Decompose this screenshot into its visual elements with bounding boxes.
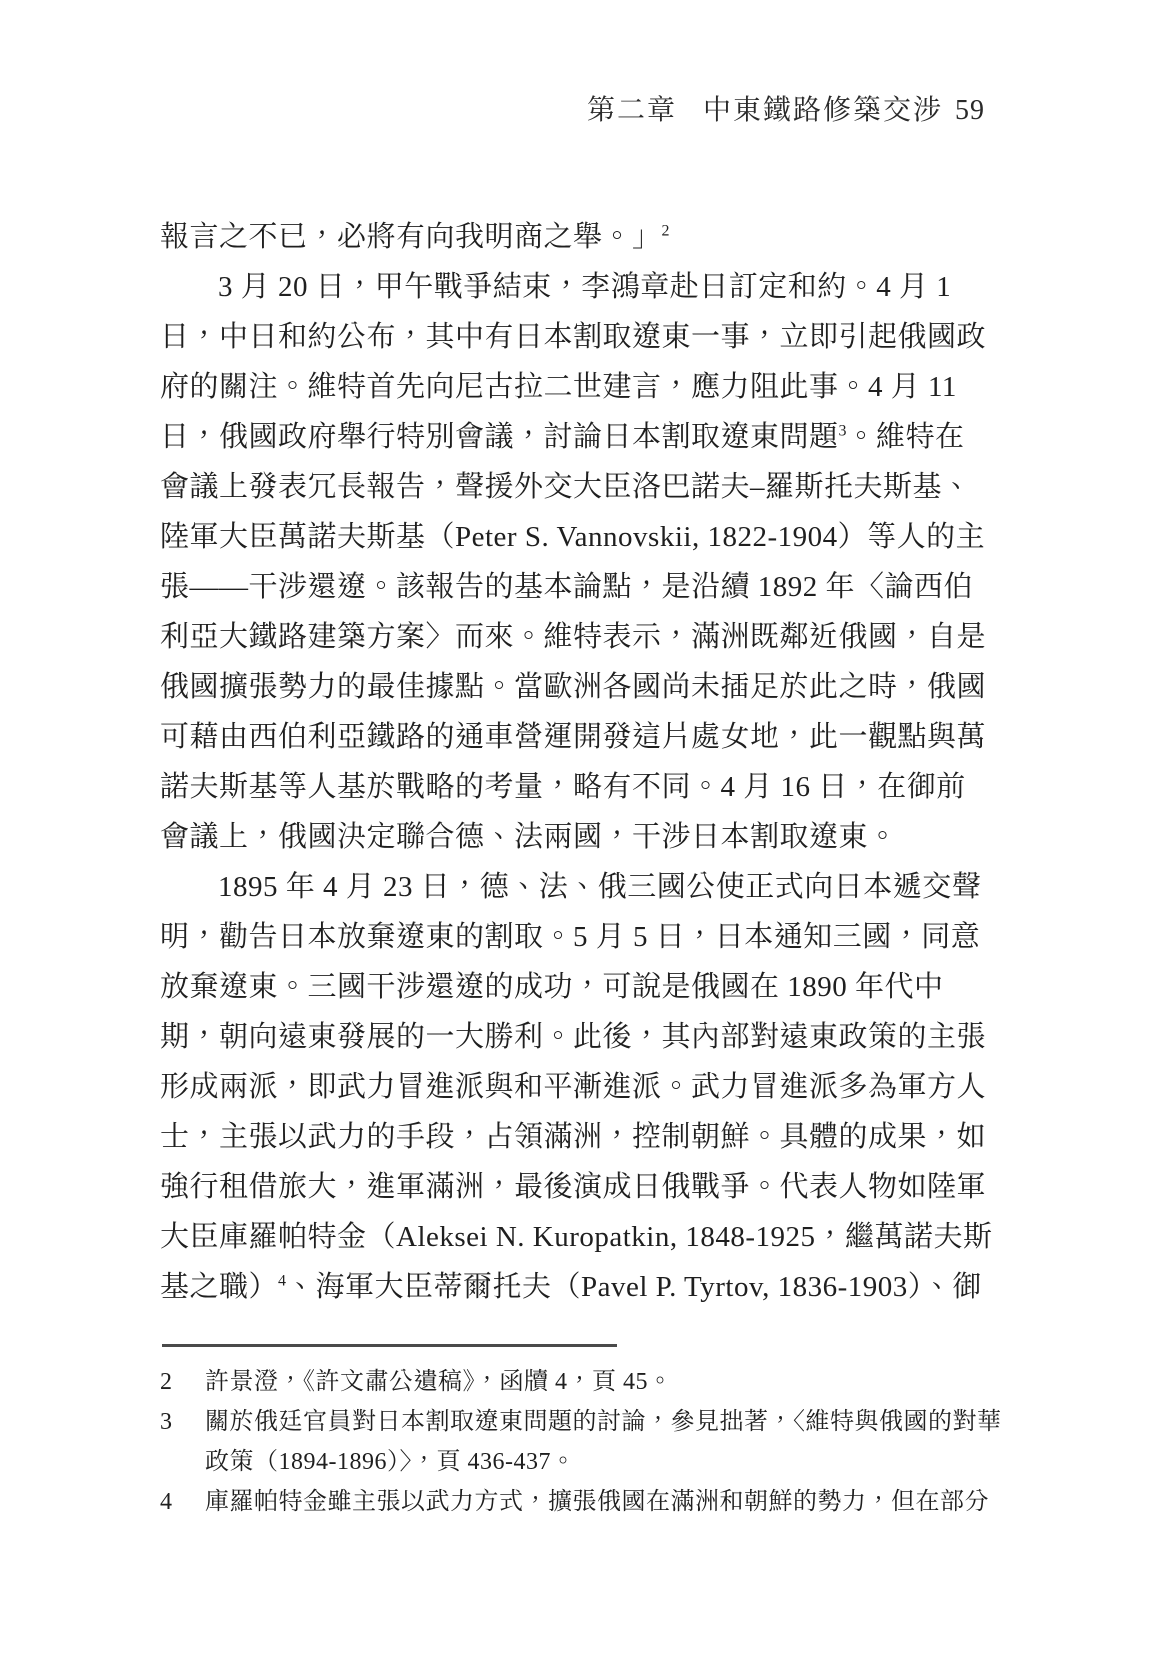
body-line: 強行租借旅大，進軍滿洲，最後演成日俄戰爭。代表人物如陸軍 xyxy=(160,1162,1022,1212)
footnote: 3關於俄廷官員對日本割取遼東問題的討論，參見拙著，〈維特與俄國的對華政策（189… xyxy=(160,1402,1030,1482)
body-line: 利亞大鐵路建築方案〉而來。維特表示，滿洲既鄰近俄國，自是 xyxy=(160,612,1022,662)
footnote-ref: 4 xyxy=(278,1272,286,1289)
footnote-text: 許景澄，《許文肅公遺稿》，函牘 4，頁 45。 xyxy=(205,1362,1030,1402)
body-line: 日，俄國政府舉行特別會議，討論日本割取遼東問題3。維特在 xyxy=(160,412,1022,462)
footnote: 4庫羅帕特金雖主張以武力方式，擴張俄國在滿洲和朝鮮的勢力，但在部分 xyxy=(160,1482,1030,1522)
body-line: 會議上，俄國決定聯合德、法兩國，干涉日本割取遼東。 xyxy=(160,812,1022,862)
body-line: 期，朝向遠東發展的一大勝利。此後，其內部對遠東政策的主張 xyxy=(160,1012,1022,1062)
footnote: 2許景澄，《許文肅公遺稿》，函牘 4，頁 45。 xyxy=(160,1362,1030,1402)
body-line: 諾夫斯基等人基於戰略的考量，略有不同。4 月 16 日，在御前 xyxy=(160,762,1022,812)
body-line: 3 月 20 日，甲午戰爭結束，李鴻章赴日訂定和約。4 月 1 xyxy=(160,262,1022,312)
page-header: 第二章中東鐵路修築交涉59 xyxy=(587,88,985,128)
body-line: 張——干涉還遼。該報告的基本論點，是沿續 1892 年〈論西伯 xyxy=(160,562,1022,612)
footnote-separator xyxy=(162,1344,617,1347)
footnotes: 2許景澄，《許文肅公遺稿》，函牘 4，頁 45。3關於俄廷官員對日本割取遼東問題… xyxy=(160,1362,1030,1522)
body-line: 1895 年 4 月 23 日，德、法、俄三國公使正式向日本遞交聲 xyxy=(160,862,1022,912)
footnote-text: 關於俄廷官員對日本割取遼東問題的討論，參見拙著，〈維特與俄國的對華政策（1894… xyxy=(205,1402,1030,1482)
footnote-line: 政策（1894-1896）〉，頁 436-437。 xyxy=(205,1442,1030,1482)
body-line: 府的關注。維特首先向尼古拉二世建言，應力阻此事。4 月 11 xyxy=(160,362,1022,412)
footnote-line: 關於俄廷官員對日本割取遼東問題的討論，參見拙著，〈維特與俄國的對華 xyxy=(205,1402,1030,1442)
body-line: 放棄遼東。三國干涉還遼的成功，可說是俄國在 1890 年代中 xyxy=(160,962,1022,1012)
footnote-line: 庫羅帕特金雖主張以武力方式，擴張俄國在滿洲和朝鮮的勢力，但在部分 xyxy=(205,1482,1030,1522)
body-line: 日，中日和約公布，其中有日本割取遼東一事，立即引起俄國政 xyxy=(160,312,1022,362)
book-page: 第二章中東鐵路修築交涉59 報言之不已，必將有向我明商之舉。」23 月 20 日… xyxy=(0,0,1156,1653)
footnote-ref: 3 xyxy=(839,422,847,439)
body-line: 士，主張以武力的手段，占領滿洲，控制朝鮮。具體的成果，如 xyxy=(160,1112,1022,1162)
footnote-line: 許景澄，《許文肅公遺稿》，函牘 4，頁 45。 xyxy=(205,1362,1030,1402)
body-line: 會議上發表冗長報告，聲援外交大臣洛巴諾夫–羅斯托夫斯基、 xyxy=(160,462,1022,512)
body-line: 基之職）4、海軍大臣蒂爾托夫（Pavel P. Tyrtov, 1836-190… xyxy=(160,1262,1022,1312)
body-line: 報言之不已，必將有向我明商之舉。」2 xyxy=(160,212,1022,262)
body-line: 形成兩派，即武力冒進派與和平漸進派。武力冒進派多為軍方人 xyxy=(160,1062,1022,1112)
body-line: 大臣庫羅帕特金（Aleksei N. Kuropatkin, 1848-1925… xyxy=(160,1212,1022,1262)
footnote-number: 2 xyxy=(160,1362,205,1402)
chapter-label: 第二章 xyxy=(587,95,677,126)
footnote-number: 4 xyxy=(160,1482,205,1522)
footnote-text: 庫羅帕特金雖主張以武力方式，擴張俄國在滿洲和朝鮮的勢力，但在部分 xyxy=(205,1482,1030,1522)
body-line: 明，勸告日本放棄遼東的割取。5 月 5 日，日本通知三國，同意 xyxy=(160,912,1022,962)
body-text: 報言之不已，必將有向我明商之舉。」23 月 20 日，甲午戰爭結束，李鴻章赴日訂… xyxy=(160,212,1022,1312)
body-line: 陸軍大臣萬諾夫斯基（Peter S. Vannovskii, 1822-1904… xyxy=(160,512,1022,562)
chapter-title: 中東鐵路修築交涉 xyxy=(703,95,943,126)
body-line: 可藉由西伯利亞鐵路的通車營運開發這片處女地，此一觀點與萬 xyxy=(160,712,1022,762)
footnote-ref: 2 xyxy=(662,222,670,239)
body-line: 俄國擴張勢力的最佳據點。當歐洲各國尚未插足於此之時，俄國 xyxy=(160,662,1022,712)
page-number: 59 xyxy=(955,95,985,126)
footnote-number: 3 xyxy=(160,1402,205,1442)
